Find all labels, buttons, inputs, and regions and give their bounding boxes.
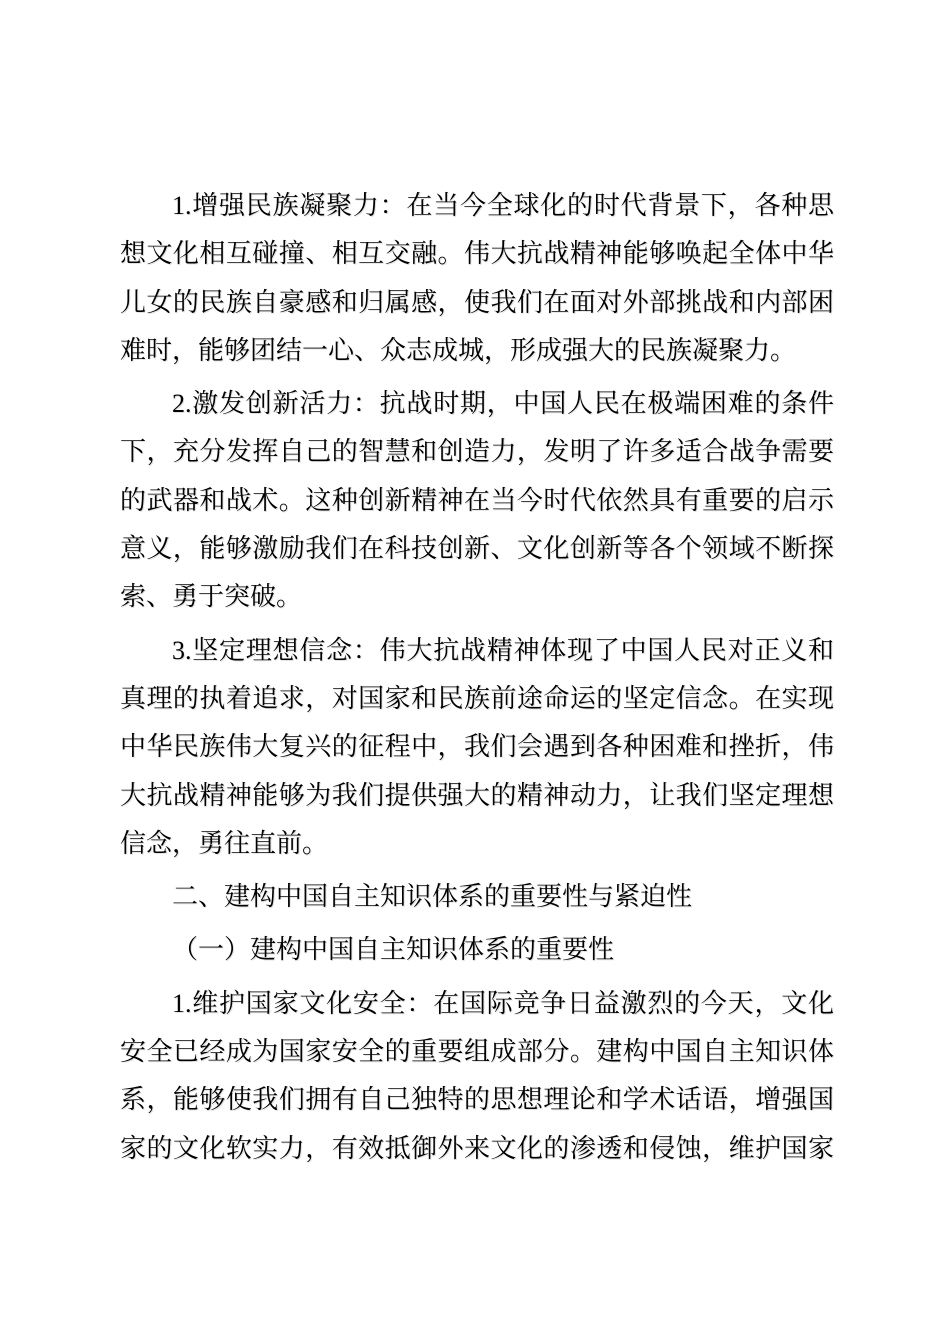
- line-text: 二、建构中国自主知识体系的重要性与紧迫性: [172, 881, 692, 911]
- text-line: 1.增强民族凝聚力：在当今全球化的时代背景下，各种思: [120, 181, 834, 229]
- text-line: 大抗战精神能够为我们提供强大的精神动力，让我们坚定理想: [120, 771, 834, 819]
- line-text: 信念，勇往直前。: [120, 828, 328, 858]
- line-text: 难时，能够团结一心、众志成城，形成强大的民族凝聚力。: [120, 335, 796, 365]
- document-page: 1.增强民族凝聚力：在当今全球化的时代背景下，各种思想文化相互碰撞、相互交融。伟…: [0, 0, 950, 1344]
- text-line: 意义，能够激励我们在科技创新、文化创新等各个领域不断探: [120, 524, 834, 572]
- line-text: 中华民族伟大复兴的征程中，我们会遇到各种困难和挫折，伟: [120, 731, 834, 761]
- text-line: 二、建构中国自主知识体系的重要性与紧迫性: [120, 872, 834, 920]
- list-number: 1.: [172, 191, 192, 220]
- list-number: 2.: [172, 389, 192, 418]
- text-line: 3.坚定理想信念：伟大抗战精神体现了中国人民对正义和: [120, 626, 834, 674]
- text-line: 儿女的民族自豪感和归属感，使我们在面对外部挑战和内部困: [120, 278, 834, 326]
- line-text: 坚定理想信念：伟大抗战精神体现了中国人民对正义和: [192, 635, 835, 665]
- line-text: 维护国家文化安全：在国际竞争日益激烈的今天，文化: [192, 988, 835, 1018]
- text-line: 下，充分发挥自己的智慧和创造力，发明了许多适合战争需要: [120, 427, 834, 475]
- text-line: 家的文化软实力，有效抵御外来文化的渗透和侵蚀，维护国家: [120, 1124, 834, 1172]
- text-line: 1.维护国家文化安全：在国际竞争日益激烈的今天，文化: [120, 979, 834, 1027]
- line-text: 的武器和战术。这种创新精神在当今时代依然具有重要的启示: [120, 485, 834, 515]
- line-text: 大抗战精神能够为我们提供强大的精神动力，让我们坚定理想: [120, 780, 834, 810]
- text-line: 的武器和战术。这种创新精神在当今时代依然具有重要的启示: [120, 476, 834, 524]
- line-text: 下，充分发挥自己的智慧和创造力，发明了许多适合战争需要: [120, 436, 834, 466]
- text-line: 索、勇于突破。: [120, 572, 834, 620]
- body-paragraph: 3.坚定理想信念：伟大抗战精神体现了中国人民对正义和真理的执着追求，对国家和民族…: [120, 626, 834, 867]
- document-content: 1.增强民族凝聚力：在当今全球化的时代背景下，各种思想文化相互碰撞、相互交融。伟…: [120, 181, 834, 1172]
- text-line: 中华民族伟大复兴的征程中，我们会遇到各种困难和挫折，伟: [120, 722, 834, 770]
- section-heading: （一）建构中国自主知识体系的重要性: [120, 925, 834, 973]
- line-text: 激发创新活力：抗战时期，中国人民在极端困难的条件: [192, 388, 835, 418]
- line-text: 想文化相互碰撞、相互交融。伟大抗战精神能够唤起全体中华: [120, 238, 834, 268]
- text-line: （一）建构中国自主知识体系的重要性: [120, 925, 834, 973]
- body-paragraph: 1.增强民族凝聚力：在当今全球化的时代背景下，各种思想文化相互碰撞、相互交融。伟…: [120, 181, 834, 374]
- list-number: 3.: [172, 636, 192, 665]
- line-text: 增强民族凝聚力：在当今全球化的时代背景下，各种思: [192, 190, 835, 220]
- text-line: 信念，勇往直前。: [120, 819, 834, 867]
- line-text: 儿女的民族自豪感和归属感，使我们在面对外部挑战和内部困: [120, 287, 834, 317]
- section-heading: 二、建构中国自主知识体系的重要性与紧迫性: [120, 872, 834, 920]
- line-text: （一）建构中国自主知识体系的重要性: [172, 934, 614, 964]
- body-paragraph: 2.激发创新活力：抗战时期，中国人民在极端困难的条件下，充分发挥自己的智慧和创造…: [120, 379, 834, 620]
- text-line: 安全已经成为国家安全的重要组成部分。建构中国自主知识体: [120, 1027, 834, 1075]
- line-text: 家的文化软实力，有效抵御外来文化的渗透和侵蚀，维护国家: [120, 1133, 834, 1163]
- line-text: 真理的执着追求，对国家和民族前途命运的坚定信念。在实现: [120, 683, 834, 713]
- line-text: 安全已经成为国家安全的重要组成部分。建构中国自主知识体: [120, 1036, 834, 1066]
- text-line: 2.激发创新活力：抗战时期，中国人民在极端困难的条件: [120, 379, 834, 427]
- line-text: 意义，能够激励我们在科技创新、文化创新等各个领域不断探: [120, 533, 834, 563]
- text-line: 想文化相互碰撞、相互交融。伟大抗战精神能够唤起全体中华: [120, 229, 834, 277]
- text-line: 真理的执着追求，对国家和民族前途命运的坚定信念。在实现: [120, 674, 834, 722]
- body-paragraph: 1.维护国家文化安全：在国际竞争日益激烈的今天，文化安全已经成为国家安全的重要组…: [120, 979, 834, 1172]
- line-text: 系，能够使我们拥有自己独特的思想理论和学术话语，增强国: [120, 1084, 834, 1114]
- text-line: 难时，能够团结一心、众志成城，形成强大的民族凝聚力。: [120, 326, 834, 374]
- line-text: 索、勇于突破。: [120, 581, 302, 611]
- text-line: 系，能够使我们拥有自己独特的思想理论和学术话语，增强国: [120, 1075, 834, 1123]
- list-number: 1.: [172, 989, 192, 1018]
